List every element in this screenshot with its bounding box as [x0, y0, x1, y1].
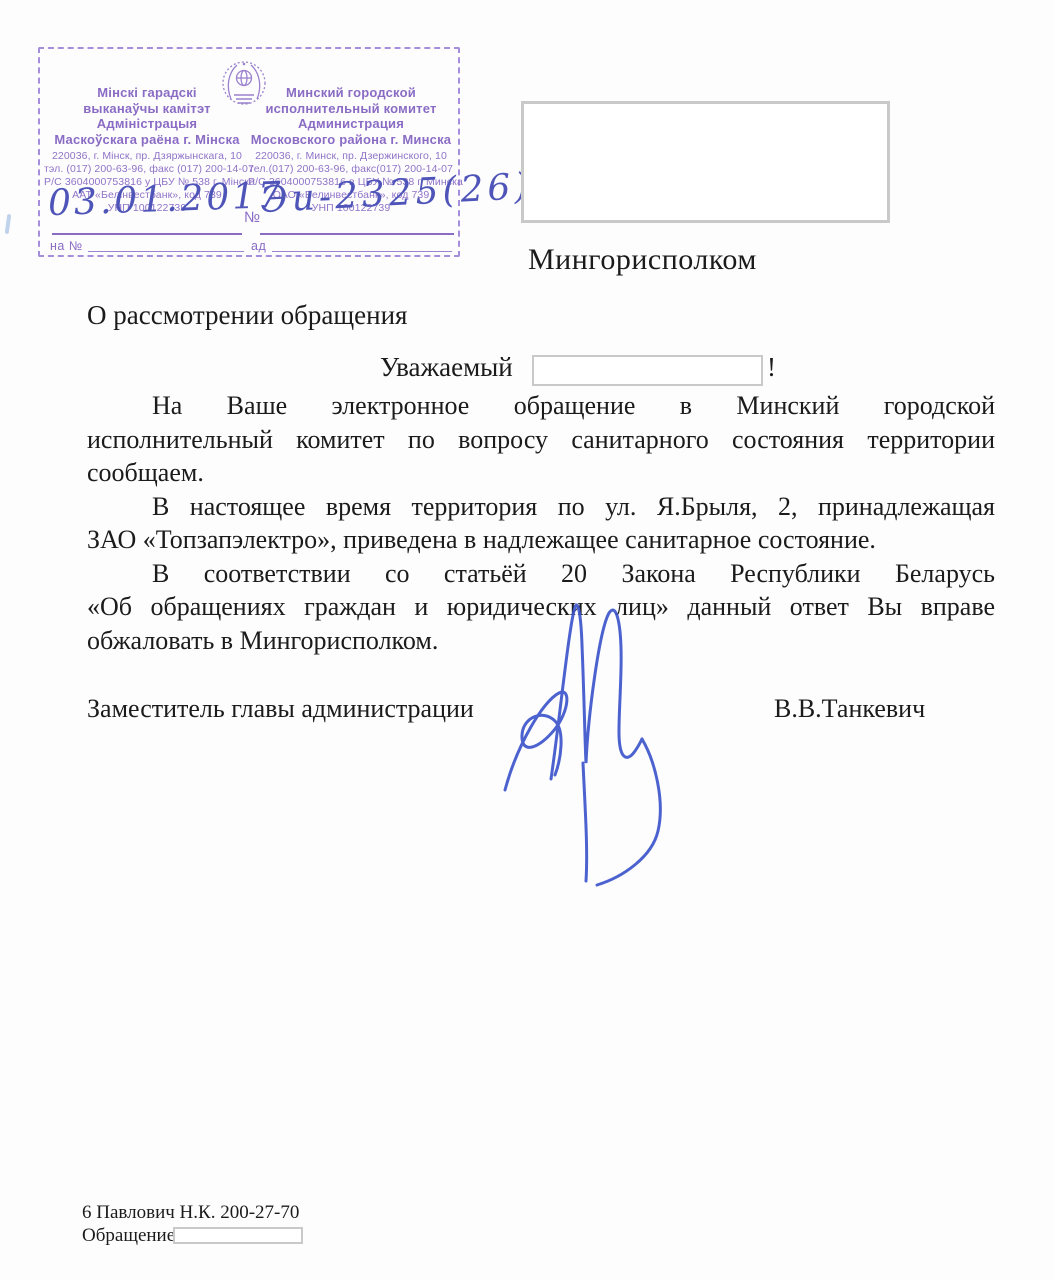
from-line [272, 251, 452, 252]
letter-page: Мінскі гарадскі выканаўчы камітэт Адміні… [0, 0, 1054, 1280]
body-line: ЗАО «Топзапэлектро», приведена в надлежа… [87, 523, 995, 557]
scan-artifact [5, 214, 12, 234]
stamp-header-line: Маскоўскага раёна г. Мінска [44, 132, 250, 148]
signature-title: Заместитель главы администрации [87, 694, 474, 724]
footer-label: Обращение [82, 1225, 175, 1247]
salutation-redaction-box [532, 355, 763, 386]
from-label: ад [251, 239, 266, 253]
salutation-label: Уважаемый [380, 352, 513, 383]
stamp-header-line: Минский городской [248, 85, 454, 101]
number-sign: № [244, 209, 260, 226]
reply-to-line [88, 251, 244, 252]
stamp-underline [260, 233, 454, 235]
footer-contact: 6 Павлович Н.К. 200-27-70 [82, 1202, 299, 1224]
body-paragraph: В настоящее время территория по ул. Я.Бр… [87, 490, 995, 557]
body-line: В соответствии со статьёй 20 Закона Респ… [87, 557, 995, 591]
subject-line: О рассмотрении обращения [87, 300, 407, 331]
stamp-header-line: Мінскі гарадскі [44, 85, 250, 101]
addressee: Мингорисполком [528, 243, 757, 277]
org-stamp: Мінскі гарадскі выканаўчы камітэт Адміні… [38, 47, 460, 257]
salutation-exclamation: ! [767, 352, 776, 383]
stamp-header-line: Адміністрацыя [44, 116, 250, 132]
body-line: сообщаем. [87, 456, 995, 490]
stamp-header-line: исполнительный комитет [248, 101, 454, 117]
body-line: На Ваше электронное обращение в Минский … [87, 389, 995, 423]
signer-name: В.В.Танкевич [774, 694, 925, 724]
footer-redaction-box [173, 1227, 303, 1244]
body-paragraph: На Ваше электронное обращение в Минский … [87, 389, 995, 490]
stamp-header-line: выканаўчы камітэт [44, 101, 250, 117]
stamp-header-line: Администрация [248, 116, 454, 132]
stamp-detail-line: 220036, г. Мінск, пр. Дзяржынскага, 10 [44, 150, 250, 163]
body-line: исполнительный комитет по вопросу санита… [87, 423, 995, 457]
stamp-detail-line: 220036, г. Минск, пр. Дзержинского, 10 [248, 150, 454, 163]
stamp-header-line: Московского района г. Минска [248, 132, 454, 148]
signature-ink [495, 597, 670, 889]
reply-to-label: на № [50, 239, 83, 253]
stamp-underline [52, 233, 242, 235]
stamp-detail-line: тэл. (017) 200-63-96, факс (017) 200-14-… [44, 163, 250, 176]
redaction-box-address [521, 101, 890, 223]
body-line: В настоящее время территория по ул. Я.Бр… [87, 490, 995, 524]
